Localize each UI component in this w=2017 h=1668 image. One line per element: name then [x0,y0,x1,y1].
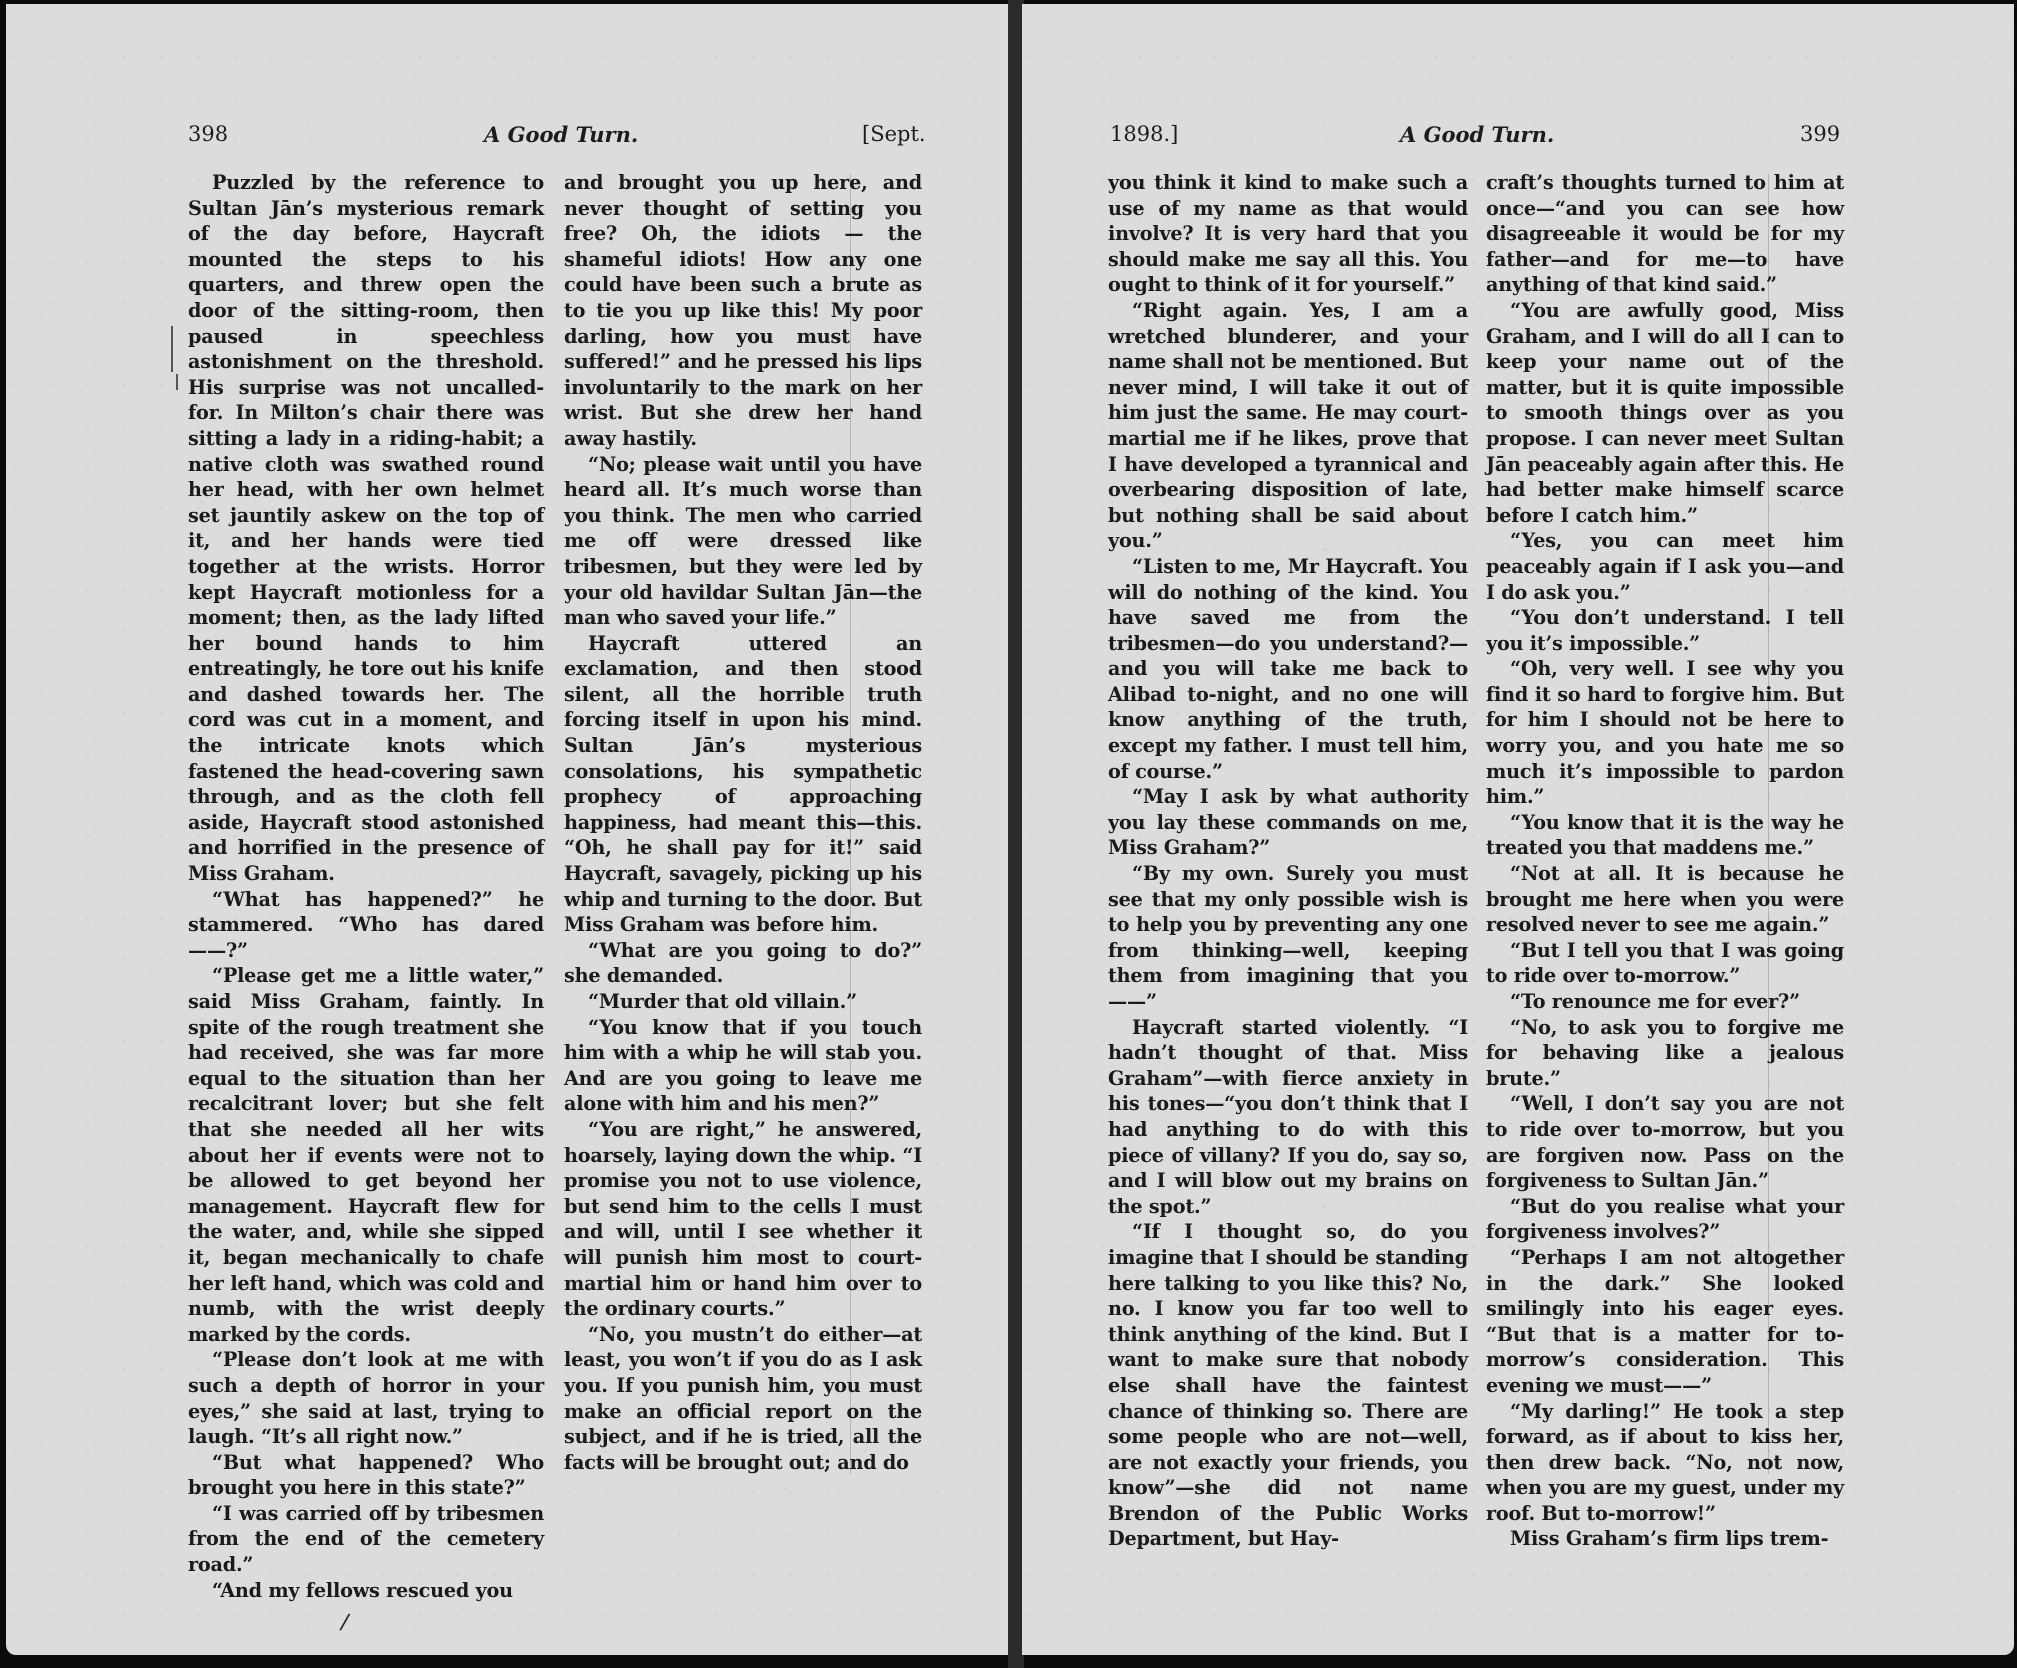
paragraph: “I was carried off by tribesmen from the… [188,1501,544,1578]
paragraph: “Right again. Yes, I am a wretched blund… [1108,298,1468,554]
margin-mark [171,326,173,372]
stray-mark: / [338,1610,350,1636]
paragraph: “No, you mustn’t do either—at least, you… [564,1322,922,1476]
paragraph: “You don’t understand. I tell you it’s i… [1486,605,1844,656]
paragraph: “Well, I don’t say you are not to ride o… [1486,1091,1844,1193]
paragraph: “By my own. Surely you must see that my … [1108,861,1468,1015]
paragraph: “But what happened? Who brought you here… [188,1450,544,1501]
paragraph: “Perhaps I am not altogether in the dark… [1486,1245,1844,1399]
book-spread: 398 A Good Turn. [Sept. Puzzled by the r… [0,0,2017,1668]
text-column-2: and brought you up here, and never thoug… [564,170,922,1475]
paragraph: “You know that it is the way he treated … [1486,810,1844,861]
text-column-2: craft’s thoughts turned to him at once—“… [1486,170,1844,1552]
paragraph: and brought you up here, and never thoug… [564,170,922,452]
paragraph: Haycraft uttered an exclamation, and the… [564,631,922,938]
right-page: 1898.] A Good Turn. 399 you think it kin… [1022,4,2014,1655]
page-number: 399 [1800,122,1840,146]
paragraph: “Please get me a little water,” said Mis… [188,963,544,1347]
paragraph: “To renounce me for ever?” [1486,989,1844,1015]
paragraph: Haycraft started violently. “I hadn’t th… [1108,1015,1468,1220]
paragraph: “Listen to me, Mr Haycraft. You will do … [1108,554,1468,784]
paragraph: craft’s thoughts turned to him at once—“… [1486,170,1844,298]
date-marker: [Sept. [862,122,926,146]
paragraph: “But do you realise what your forgivenes… [1486,1194,1844,1245]
paragraph: you think it kind to make such a use of … [1108,170,1468,298]
paragraph: “No; please wait until you have heard al… [564,452,922,631]
paragraph: “Please don’t look at me with such a dep… [188,1347,544,1449]
paragraph: “Not at all. It is because he brought me… [1486,861,1844,938]
paragraph: “If I thought so, do you imagine that I … [1108,1219,1468,1552]
running-head-left: 398 A Good Turn. [Sept. [6,122,1016,152]
margin-mark [176,374,178,390]
paragraph: “May I ask by what authority you lay the… [1108,784,1468,861]
paragraph: Miss Graham’s firm lips trem- [1486,1526,1844,1552]
paragraph: “You are awfully good, Miss Graham, and … [1486,298,1844,528]
date-marker: 1898.] [1110,122,1178,146]
paragraph: “What has happened?” he stammered. “Who … [188,887,544,964]
paragraph: “Yes, you can meet him peaceably again i… [1486,528,1844,605]
running-head-right: 1898.] A Good Turn. 399 [1022,122,2014,152]
paragraph: “What are you going to do?” she demanded… [564,938,922,989]
left-page: 398 A Good Turn. [Sept. Puzzled by the r… [6,4,1016,1655]
text-column-1: Puzzled by the reference to Sultan Jān’s… [188,170,544,1603]
paragraph: “My darling!” He took a step forward, as… [1486,1399,1844,1527]
paragraph: “Murder that old villain.” [564,989,922,1015]
text-column-1: you think it kind to make such a use of … [1108,170,1468,1552]
page-number: 398 [188,122,228,146]
paragraph: Puzzled by the reference to Sultan Jān’s… [188,170,544,887]
running-title: A Good Turn. [1400,122,1554,147]
paragraph: “No, to ask you to forgive me for behavi… [1486,1015,1844,1092]
paragraph: “You are right,” he answered, hoarsely, … [564,1117,922,1322]
paragraph: “But I tell you that I was going to ride… [1486,938,1844,989]
paragraph: “Oh, very well. I see why you find it so… [1486,656,1844,810]
paragraph: “And my fellows rescued you [188,1578,544,1604]
paragraph: “You know that if you touch him with a w… [564,1015,922,1117]
running-title: A Good Turn. [484,122,638,147]
